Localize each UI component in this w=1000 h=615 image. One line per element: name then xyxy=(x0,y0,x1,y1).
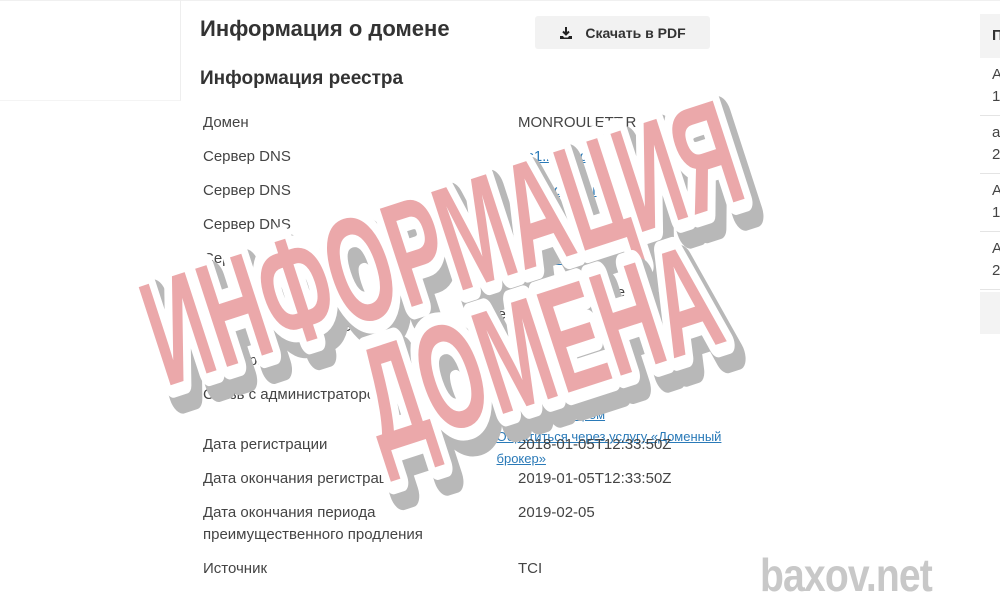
right-panel-header: П xyxy=(980,14,1000,58)
row-value: ns4.zomro.su. xyxy=(518,248,612,270)
table-row: ИсточникTCI xyxy=(203,558,542,580)
watermark-text: baxov.net xyxy=(760,548,932,602)
bullet-dash: — xyxy=(466,382,479,426)
row-value: 2019-02-05 xyxy=(518,502,595,546)
table-row: Связь с администратором—Форма обратной с… xyxy=(203,384,723,470)
right-panel-cell[interactable]: а2 xyxy=(980,116,1000,174)
table-row: Сервер DNSns1.zomro.net. xyxy=(203,146,617,168)
value-prefix: Частное лицо « xyxy=(512,318,620,335)
row-label: Источник xyxy=(203,558,518,580)
dns-server-link[interactable]: ns2.zomro.ru. xyxy=(518,182,610,199)
row-value: —Форма обратной связи с администратором—… xyxy=(466,382,723,470)
right-panel-cell[interactable]: А2 xyxy=(980,232,1000,290)
contact-item: —Форма обратной связи с администратором xyxy=(466,382,723,426)
table-row: Дата регистрации2018-01-05T12:33:50Z xyxy=(203,434,671,456)
row-value: ns2.zomro.ru. xyxy=(518,180,610,202)
download-pdf-label: Скачать в PDF xyxy=(585,25,685,41)
row-label: Связь с администратором xyxy=(203,384,466,470)
table-row: Сервер DNSns4.zomro.su. xyxy=(203,248,612,270)
row-value: TCI xyxy=(518,558,542,580)
table-row: ДоменMONROULETT.RU xyxy=(203,112,647,134)
row-label: Дата окончания регистрации xyxy=(203,468,518,490)
download-pdf-button[interactable]: Скачать в PDF xyxy=(535,16,710,49)
section-title-registry: Информация реестра xyxy=(200,68,403,90)
feedback-form-link[interactable]: Форма обратной связи с администратором xyxy=(497,382,723,426)
dns-server-link[interactable]: ns4.zomro.su. xyxy=(518,250,612,267)
dns-server-link[interactable]: ns1.zomro.net. xyxy=(518,148,617,165)
row-label: Сервер DNS xyxy=(203,214,518,236)
right-panel-footer xyxy=(980,292,1000,334)
row-label: Сервер DNS xyxy=(203,146,518,168)
table-row: Дата окончания регистрации2019-01-05T12:… xyxy=(203,468,671,490)
right-panel-cell[interactable]: А1 xyxy=(980,174,1000,232)
table-row: Дата окончания периода преимущественного… xyxy=(203,502,595,546)
page-title: Информация о домене xyxy=(200,16,450,42)
row-value: MONROULETT.RU xyxy=(518,112,647,134)
row-label: Домен xyxy=(203,112,518,134)
table-row: Сервер DNSns3.zomro.com. xyxy=(203,214,625,236)
dns-server-link[interactable]: ns3.zomro.com. xyxy=(518,216,625,233)
download-icon xyxy=(559,26,573,40)
right-panel-cell[interactable]: А1 xyxy=(980,58,1000,116)
left-panel xyxy=(0,0,181,101)
row-value: 2019-01-05T12:33:50Z xyxy=(518,468,671,490)
row-value: ns1.zomro.net. xyxy=(518,146,617,168)
row-label: Сервер DNS xyxy=(203,180,518,202)
table-row: Сервер DNSns2.zomro.ru. xyxy=(203,180,610,202)
row-label: Сервер DNS xyxy=(203,248,518,270)
row-value: ns3.zomro.com. xyxy=(518,214,625,236)
row-label: Дата регистрации xyxy=(203,434,518,456)
row-label: Дата окончания периода преимущественного… xyxy=(203,502,518,546)
row-label: Регистратор xyxy=(203,350,518,372)
table-row: РегистраторREGRU-RU xyxy=(203,350,599,372)
row-value: REGRU-RU xyxy=(518,350,599,372)
row-value: 2018-01-05T12:33:50Z xyxy=(518,434,671,456)
